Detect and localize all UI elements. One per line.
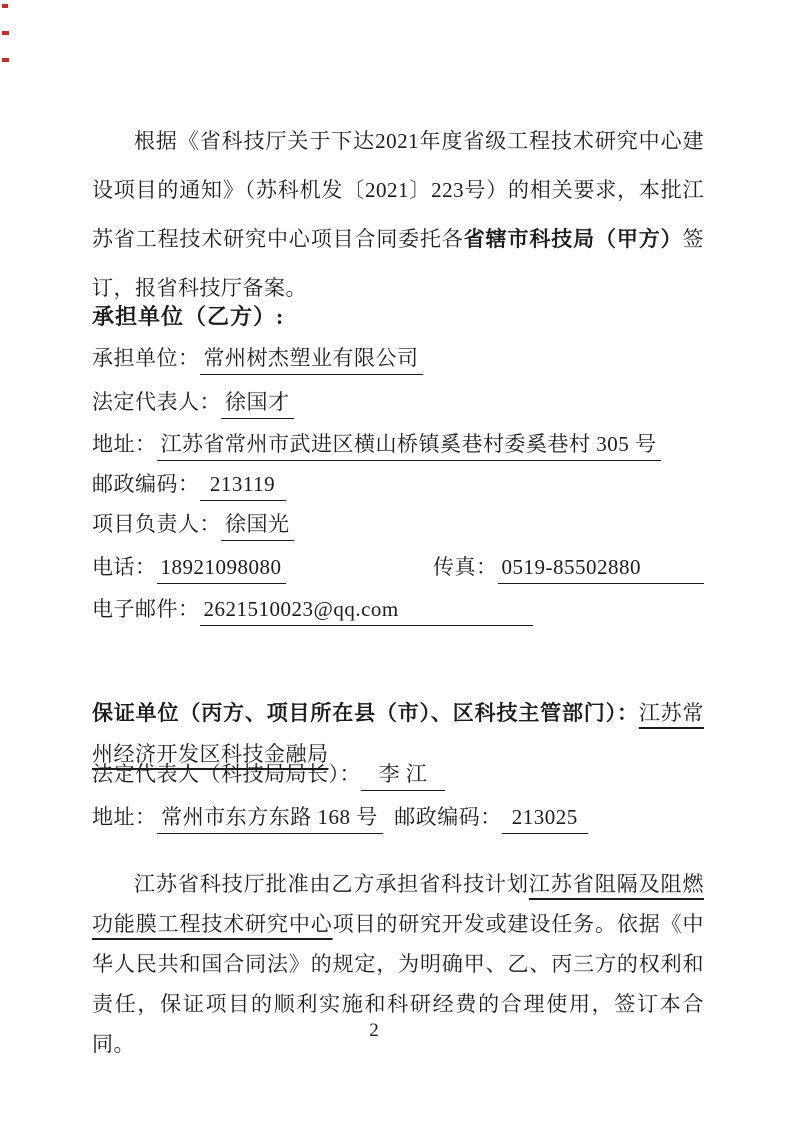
party-b-legal-rep-row: 法定代表人：徐国才 — [92, 386, 732, 419]
party-c-heading-label: 保证单位（丙方、项目所在县（市）、区科技主管部门）： — [92, 701, 639, 725]
postcode-value: 213119 — [200, 471, 286, 501]
postcode-label: 邮政编码： — [92, 472, 200, 496]
legal-rep-label: 法定代表人： — [92, 390, 221, 414]
contract-document-page: 根据《省科技厅关于下达2021年度省级工程技术研究中心建设项目的通知》（苏科机发… — [0, 0, 793, 1122]
closing-text-before: 江苏省科技厅批准由乙方承担省科技计划 — [134, 872, 529, 896]
scan-artifact-mark — [2, 31, 9, 35]
phone-value: 18921098080 — [157, 554, 286, 584]
phone-label: 电话： — [92, 555, 157, 579]
unit-value: 常州树杰塑业有限公司 — [200, 345, 423, 375]
party-c-postcode-value: 213025 — [502, 804, 588, 834]
party-b-postcode-row: 邮政编码：213119 — [92, 468, 732, 501]
fax-label: 传真： — [433, 555, 498, 579]
party-b-phone-fax-row: 电话：18921098080 传真：0519-85502880 — [92, 551, 732, 584]
fax-group: 传真：0519-85502880 — [433, 551, 704, 584]
scan-artifact-mark — [2, 4, 8, 8]
closing-paragraph: 江苏省科技厅批准由乙方承担省科技计划江苏省阻隔及阻燃功能膜工程技术研究中心项目的… — [92, 864, 704, 1064]
intro-bold-party-a: 省辖市科技局（甲方） — [464, 227, 683, 251]
project-leader-value: 徐国光 — [221, 511, 294, 541]
party-c-legal-rep-row: 法定代表人（科技局局长）：李 江 — [92, 758, 732, 791]
party-c-address-row: 地址：常州市东方东路 168 号 邮政编码：213025 — [92, 801, 732, 834]
party-c-legal-rep-value: 李 江 — [361, 761, 445, 791]
unit-label: 承担单位： — [92, 346, 200, 370]
project-leader-label: 项目负责人： — [92, 512, 221, 536]
fax-value: 0519-85502880 — [498, 554, 704, 584]
party-b-address-row: 地址：江苏省常州市武进区横山桥镇奚巷村委奚巷村 305 号 — [92, 428, 732, 461]
address-label: 地址： — [92, 432, 157, 456]
legal-rep-value: 徐国才 — [221, 389, 294, 419]
address-value: 江苏省常州市武进区横山桥镇奚巷村委奚巷村 305 号 — [157, 431, 661, 461]
party-c-address-label: 地址： — [92, 805, 157, 829]
party-c-legal-rep-label: 法定代表人（科技局局长）： — [92, 762, 361, 786]
intro-paragraph: 根据《省科技厅关于下达2021年度省级工程技术研究中心建设项目的通知》（苏科机发… — [92, 117, 704, 313]
party-b-section-heading: 承担单位（乙方）: — [92, 300, 284, 331]
email-value: 2621510023@qq.com — [200, 596, 533, 626]
party-b-unit-row: 承担单位：常州树杰塑业有限公司 — [92, 342, 732, 375]
party-c-postcode-label: 邮政编码： — [394, 805, 502, 829]
scan-artifact-mark — [2, 58, 9, 62]
page-number: 2 — [362, 1020, 386, 1042]
party-b-email-row: 电子邮件：2621510023@qq.com — [92, 593, 732, 626]
email-label: 电子邮件： — [92, 597, 200, 621]
party-c-address-value: 常州市东方东路 168 号 — [157, 804, 383, 834]
party-b-project-leader-row: 项目负责人：徐国光 — [92, 508, 732, 541]
